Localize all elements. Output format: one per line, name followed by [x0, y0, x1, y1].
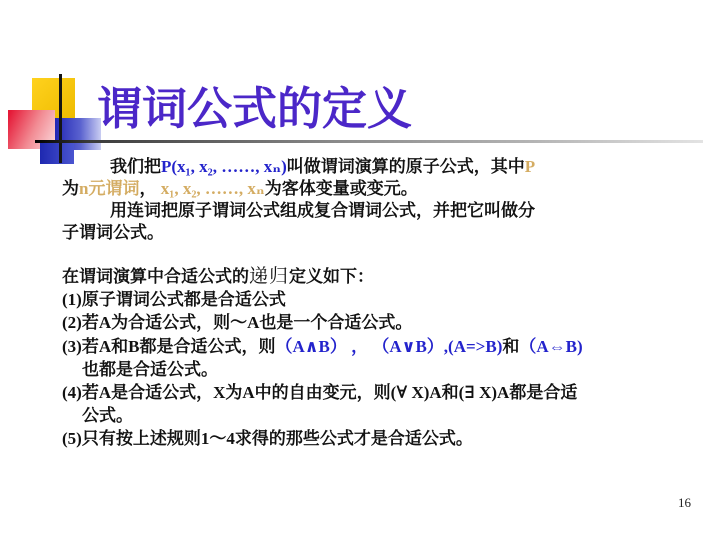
intro-text: 为 — [62, 179, 79, 198]
recursion-term: 递归 — [249, 266, 289, 287]
definition-item-4-continuation: 公式。 — [62, 404, 583, 427]
intro-line-2: 为n元谓词， x₁, x₂, ……, xₙ为客体变量或变元。 — [62, 178, 535, 200]
recursive-definition-block: 在谓词演算中合适公式的递归定义如下： (1)原子谓词公式都是合适公式 (2)若A… — [62, 265, 583, 451]
page-number: 16 — [678, 495, 691, 511]
intro-text: 叫做谓词演算的原子公式，其中 — [287, 157, 525, 176]
variable-list: x₁, x₂, ……, xₙ — [161, 179, 265, 198]
definition-item-3: (3)若A和B都是合适公式，则（A∧B） ， （A∨B）,(A=>B)和（A⇔B… — [62, 335, 583, 358]
definition-item-4: (4)若A是合适公式，X为A中的自由变元，则(∀ X)A和(∃ X)A都是合适 — [62, 381, 583, 404]
intro-line-3: 用连词把原子谓词公式组成复合谓词公式，并把它叫做分 — [62, 200, 535, 222]
definition-header-text: 在谓词演算中合适公式的 — [62, 267, 249, 286]
n-ary-predicate-term: n元谓词 — [79, 179, 139, 198]
deco-vertical-line — [59, 74, 62, 163]
intro-text: 为客体变量或变元。 — [265, 179, 418, 198]
intro-line-4: 子谓词公式。 — [62, 222, 535, 244]
intro-text: ， — [139, 179, 160, 198]
intro-paragraph: 我们把P(x₁, x₂, ……, xₙ)叫做谓词演算的原子公式，其中P 为n元谓… — [62, 156, 535, 244]
predicate-symbol: P — [525, 157, 535, 176]
definition-item-5: (5)只有按上述规则1～4求得的那些公式才是合适公式。 — [62, 427, 583, 450]
intro-line-1: 我们把P(x₁, x₂, ……, xₙ)叫做谓词演算的原子公式，其中P — [62, 156, 535, 178]
definition-item-3-continuation: 也都是合适公式。 — [62, 358, 583, 381]
definition-item-3-text: 和 — [502, 337, 519, 356]
slide-canvas: 谓词公式的定义 我们把P(x₁, x₂, ……, xₙ)叫做谓词演算的原子公式，… — [0, 0, 720, 540]
biconditional-formula: （A⇔B) — [519, 337, 582, 356]
slide-title: 谓词公式的定义 — [97, 84, 412, 134]
definition-header: 在谓词演算中合适公式的递归定义如下： — [62, 265, 583, 288]
definition-item-2: (2)若A为合适公式，则～A也是一个合适公式。 — [62, 311, 583, 334]
atomic-formula-expression: P(x₁, x₂, ……, xₙ) — [161, 157, 287, 176]
intro-text: 我们把 — [110, 157, 161, 176]
definition-item-3-text: (3)若A和B都是合适公式，则 — [62, 337, 275, 356]
definition-item-1: (1)原子谓词公式都是合适公式 — [62, 288, 583, 311]
title-underline — [35, 140, 703, 143]
connective-formulas: （A∧B） ， （A∨B）,(A=>B) — [275, 337, 502, 356]
definition-header-text: 定义如下： — [289, 267, 374, 286]
